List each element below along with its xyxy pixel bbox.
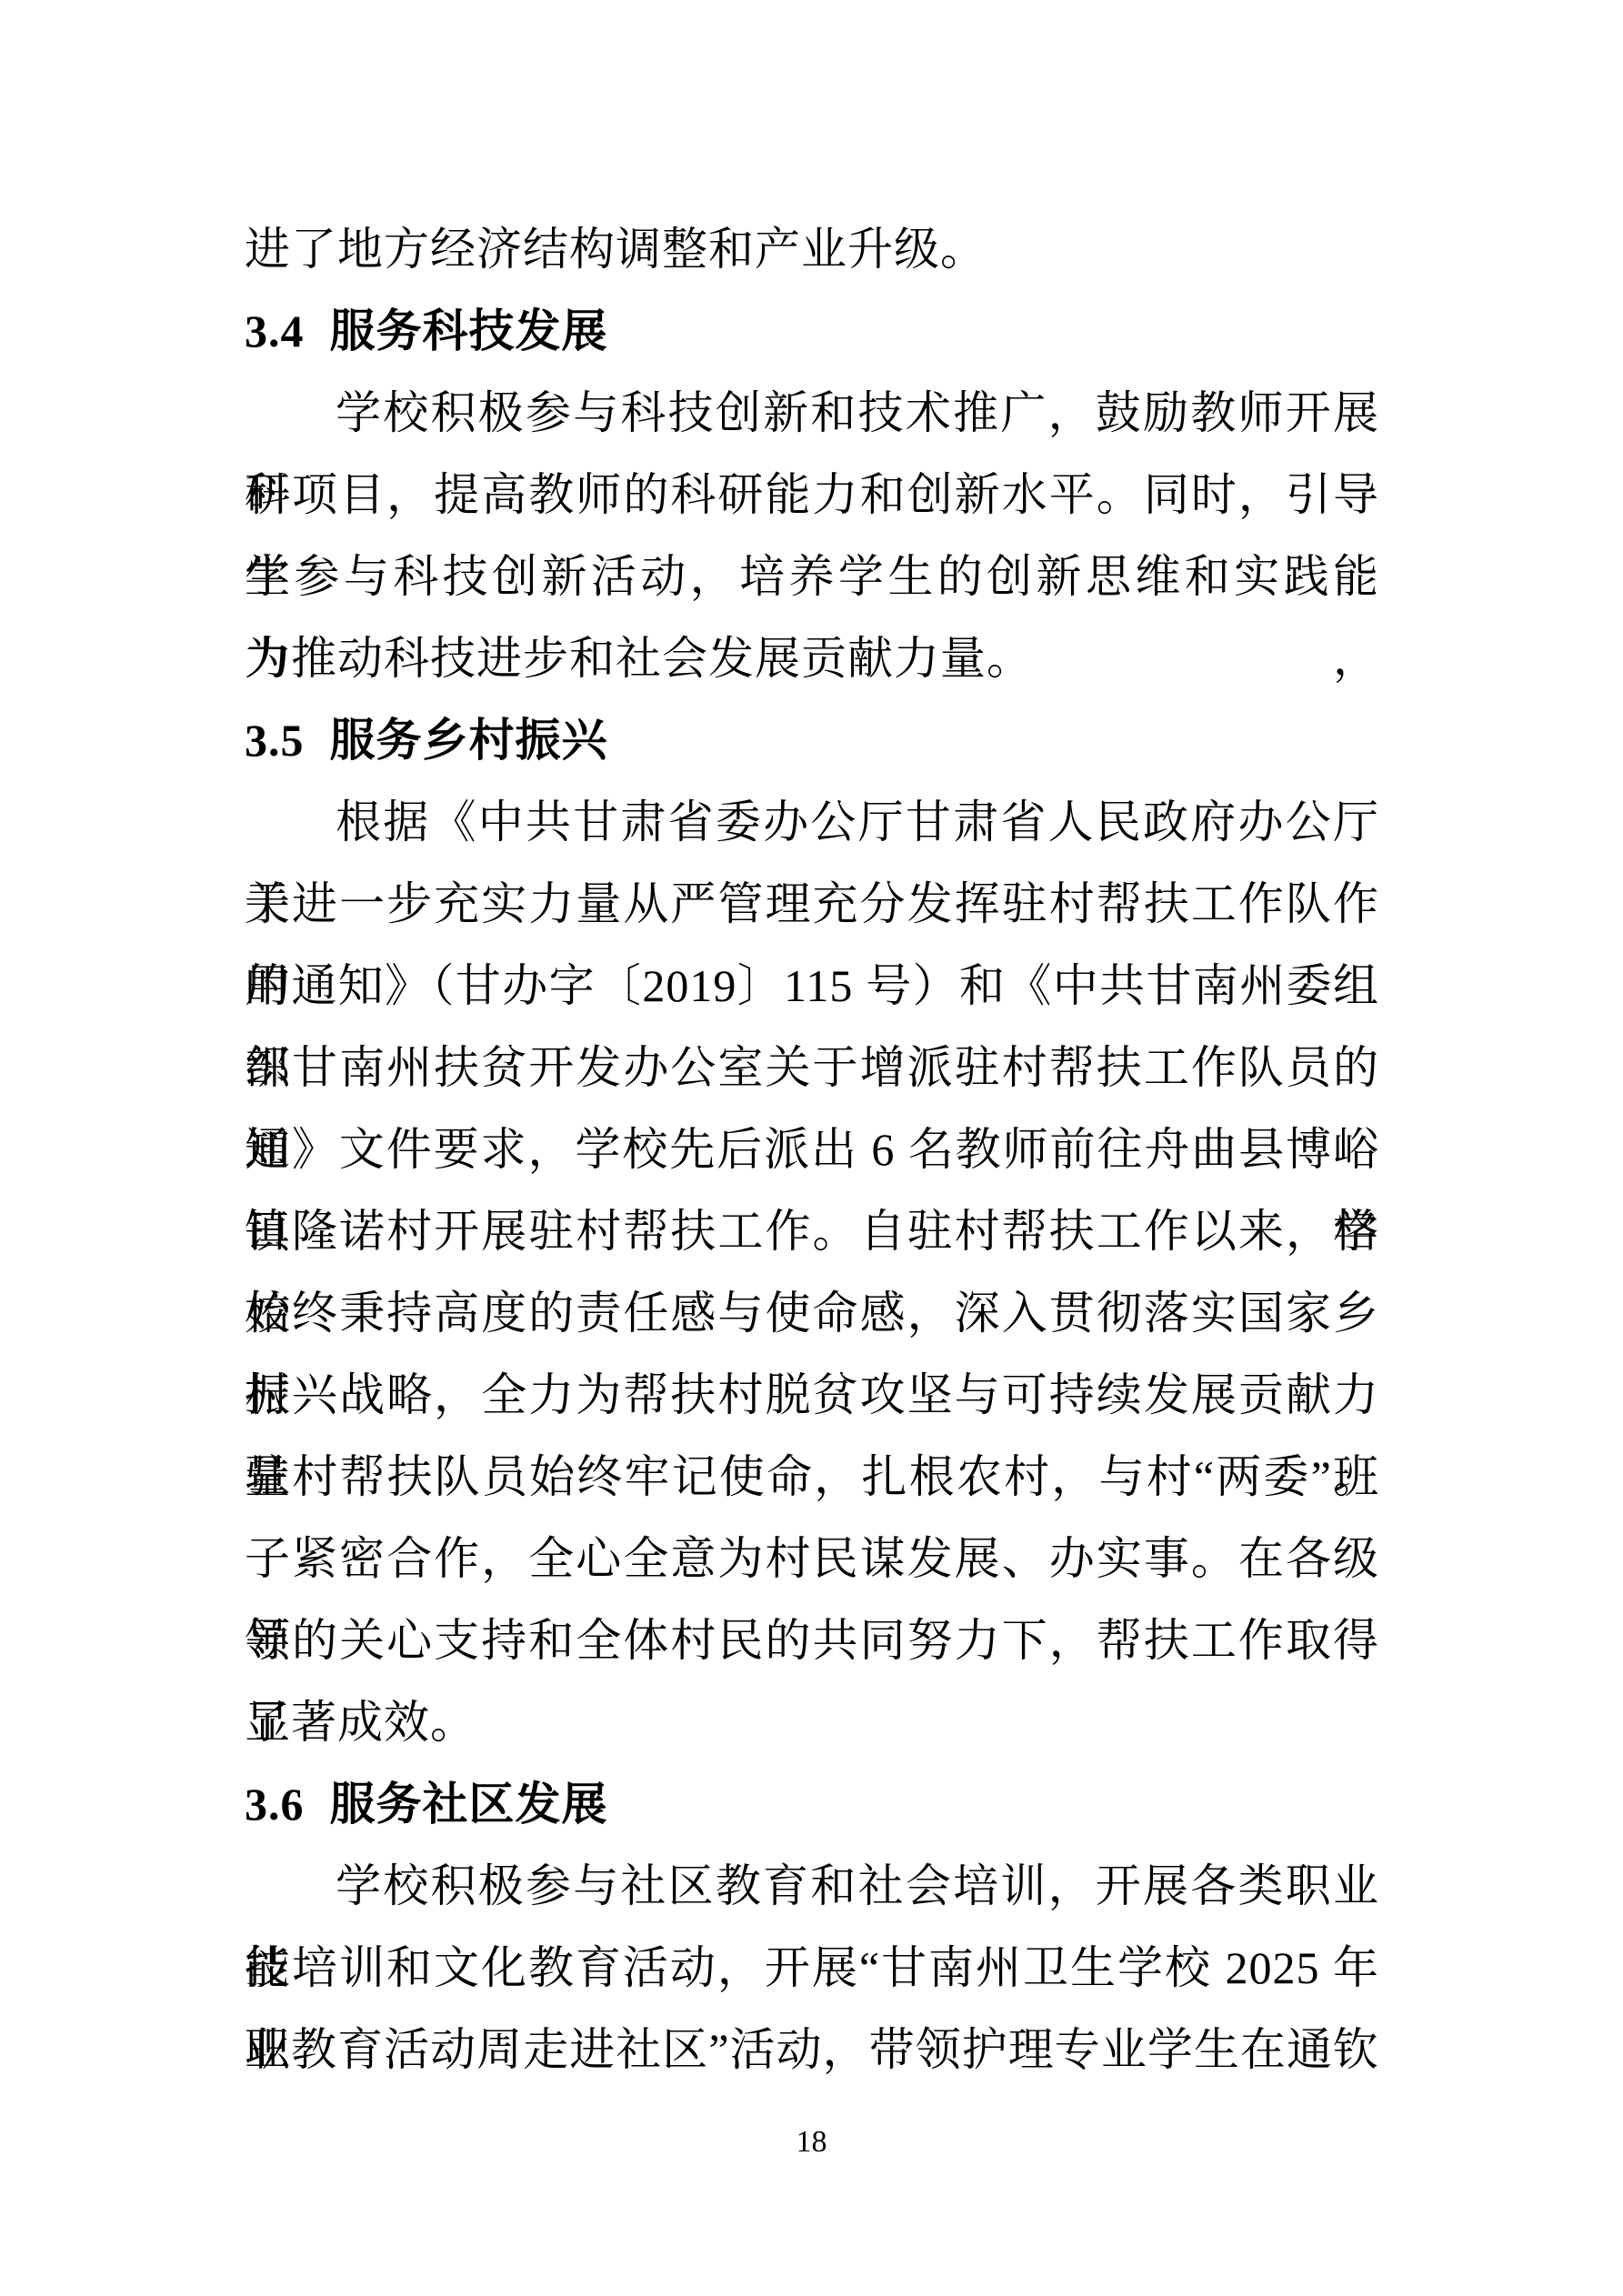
text-line: 始终秉持高度的责任感与使命感，深入贯彻落实国家乡村: [245, 1272, 1379, 1354]
text-line: 振兴战略，全力为帮扶村脱贫攻坚与可持续发展贡献力量。: [245, 1354, 1379, 1436]
text-line: 知》文件要求，学校先后派出 6 名教师前往舟曲县博峪镇格: [245, 1108, 1379, 1190]
text-line: 于进一步充实力量从严管理充分发挥驻村帮扶工作队作用: [245, 863, 1379, 945]
text-line: 业教育活动周走进社区”活动，带领护理专业学生在通钦: [245, 2009, 1379, 2090]
page-number: 18: [0, 2126, 1623, 2159]
text-line: 日隆诺村开展驻村帮扶工作。自驻村帮扶工作以来，学校: [245, 1190, 1379, 1272]
text-line: 生参与科技创新活动，培养学生的创新思维和实践能力，: [245, 536, 1379, 617]
section-heading: 3.5服务乡村振兴: [245, 699, 1379, 781]
text-line: 能培训和文化教育活动，开展“甘南州卫生学校 2025 年职: [245, 1927, 1379, 2009]
heading-number: 3.5: [245, 715, 305, 766]
text-line: 研项目，提高教师的科研能力和创新水平。同时，引导学: [245, 454, 1379, 536]
text-line: 进了地方经济结构调整和产业升级。: [245, 208, 1379, 290]
text-line: 子紧密合作，全心全意为村民谋发展、办实事。在各级领: [245, 1518, 1379, 1599]
text-line: 学校积极参与社区教育和社会培训，开展各类职业技: [245, 1845, 1379, 1927]
text-line: 导的关心支持和全体村民的共同努力下，帮扶工作取得了: [245, 1599, 1379, 1681]
text-line: 部甘南州扶贫开发办公室关于增派驻村帮扶工作队员的通: [245, 1027, 1379, 1108]
heading-title: 服务乡村振兴: [330, 715, 608, 766]
text-line: 的通知》（甘办字〔2019〕115 号）和《中共甘南州委组织: [245, 945, 1379, 1027]
heading-title: 服务科技发展: [330, 306, 608, 356]
page-body-text: 进了地方经济结构调整和产业升级。3.4服务科技发展学校积极参与科技创新和技术推广…: [245, 208, 1379, 2090]
section-heading: 3.6服务社区发展: [245, 1763, 1379, 1845]
document-page: 进了地方经济结构调整和产业升级。3.4服务科技发展学校积极参与科技创新和技术推广…: [0, 0, 1623, 2296]
heading-title: 服务社区发展: [330, 1779, 608, 1830]
heading-number: 3.4: [245, 306, 305, 356]
text-line: 显著成效。: [245, 1681, 1379, 1763]
heading-number: 3.6: [245, 1779, 305, 1830]
section-heading: 3.4服务科技发展: [245, 290, 1379, 372]
text-line: 驻村帮扶队员始终牢记使命，扎根农村，与村“两委”班: [245, 1436, 1379, 1518]
text-line: 根据《中共甘肃省委办公厅甘肃省人民政府办公厅关: [245, 781, 1379, 863]
text-line: 学校积极参与科技创新和技术推广，鼓励教师开展科: [245, 372, 1379, 454]
